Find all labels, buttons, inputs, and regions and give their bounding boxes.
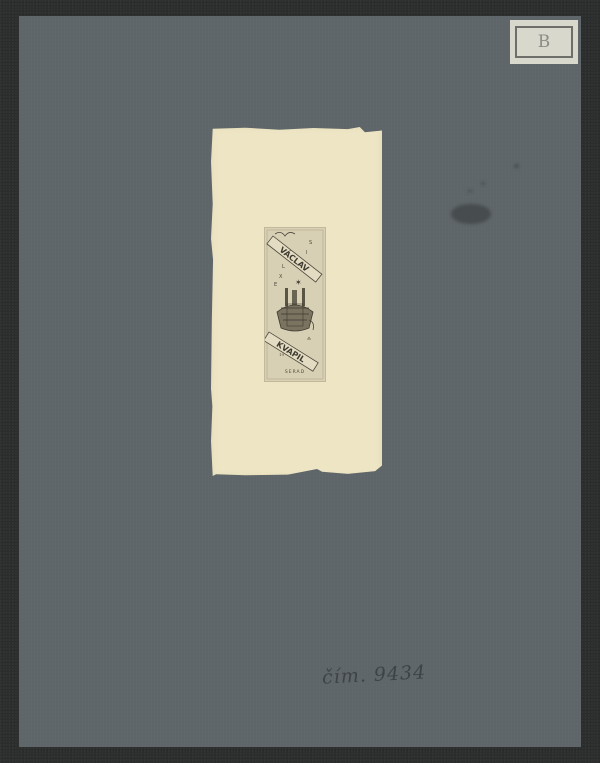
cream-paper-sheet: VÁCLAV S I L E X ✶ [211,127,382,476]
central-emblem [277,288,314,331]
catalog-label: B [510,20,578,64]
mount-board: B VÁCLAV S I L E X ✶ [19,16,581,747]
stain-mark [467,190,473,192]
bookplate-engraving: VÁCLAV S I L E X ✶ [265,228,325,381]
stain-mark [451,204,491,224]
svg-text:SERAD: SERAD [285,369,305,375]
top-banner: VÁCLAV [267,235,323,282]
svg-text:I: I [306,250,307,256]
catalog-label-letter: B [515,26,573,58]
stain-mark [481,182,485,185]
svg-text:L: L [282,264,285,270]
svg-text:19: 19 [279,352,285,357]
svg-text:E: E [274,282,277,288]
ex-libris-bookplate: VÁCLAV S I L E X ✶ [264,227,326,382]
inventory-number-note: čím. 9434 [321,661,426,688]
svg-text:S: S [309,240,312,246]
svg-text:✶: ✶ [295,278,302,287]
svg-text:⁂: ⁂ [307,336,311,341]
stain-mark [514,164,519,168]
svg-text:X: X [279,274,283,280]
